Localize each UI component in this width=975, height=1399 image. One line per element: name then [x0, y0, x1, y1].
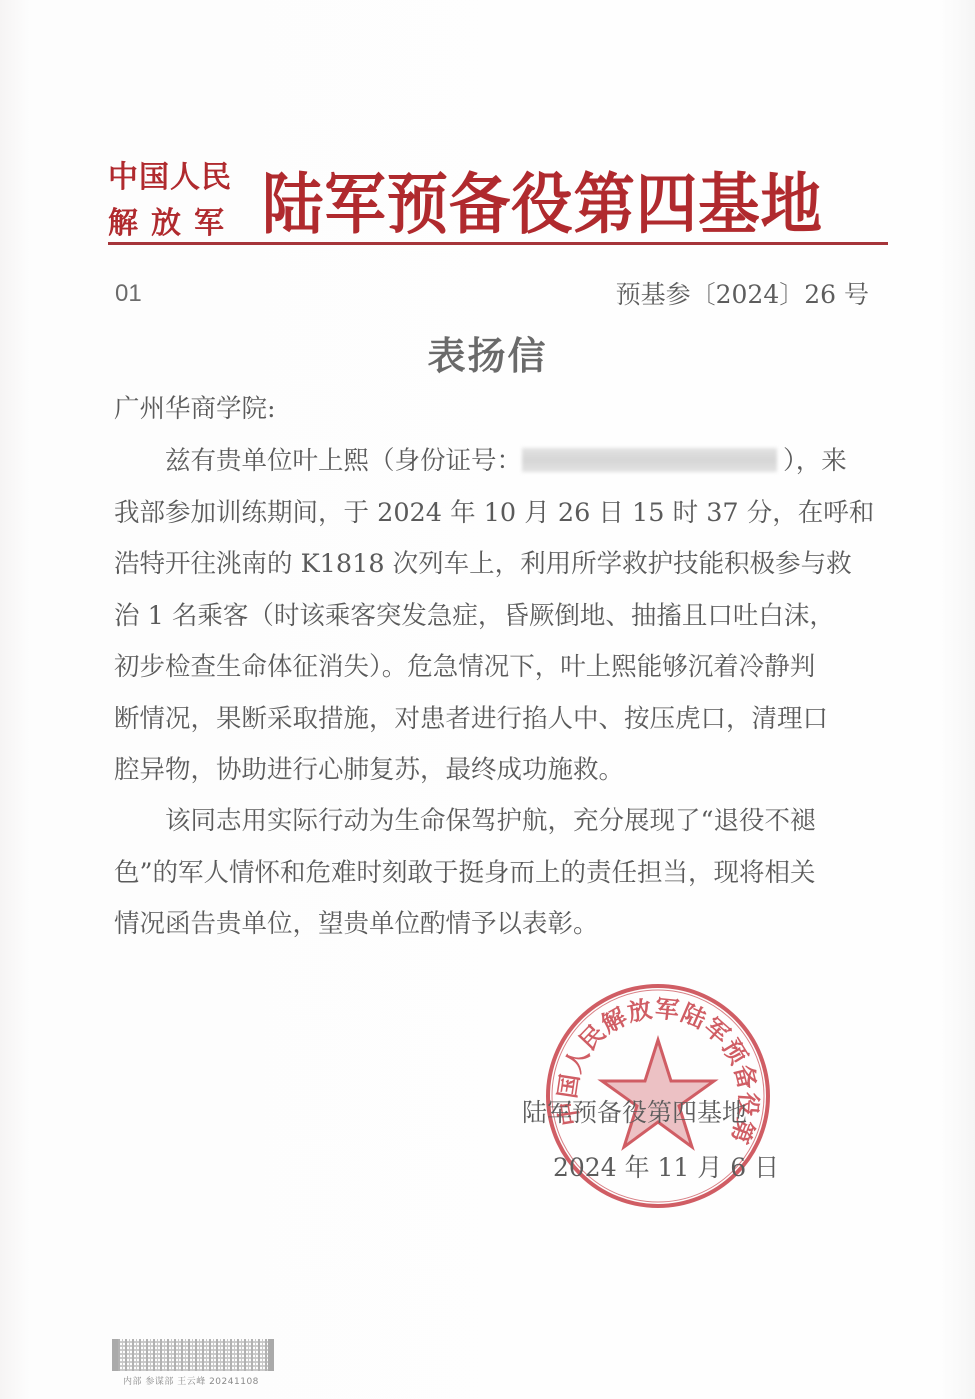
paragraph-line: 浩特开往洮南的 K1818 次列车上，利用所学救护技能积极参与救	[114, 539, 874, 591]
document-title: 表扬信	[0, 325, 975, 380]
paragraph-line: 兹有贵单位叶上熙（身份证号：），来	[114, 436, 874, 488]
line-text: 兹有贵单位叶上熙（身份证号：	[114, 446, 522, 476]
paragraph-2: 该同志用实际行动为生命保驾护航，充分展现了“退役不褪 色”的军人情怀和危难时刻敢…	[114, 796, 874, 951]
paragraph-line: 断情况，果断采取措施，对患者进行掐人中、按压虎口，清理口	[114, 694, 874, 746]
signature-org: 陆军预备役第四基地	[522, 1093, 747, 1129]
line-text: ），来	[783, 446, 847, 476]
paragraph-line: 初步检查生命体征消失）。危急情况下，叶上熙能够沉着冷静判	[114, 642, 874, 694]
paragraph-line: 我部参加训练期间，于 2024 年 10 月 26 日 15 时 37 分，在呼…	[114, 488, 874, 540]
letterhead-org-line2: 解放军	[108, 208, 237, 240]
letterhead-org-line1: 中国人民	[108, 162, 232, 194]
signature-date: 2024 年 11 月 6 日	[553, 1148, 779, 1184]
paragraph-line: 色”的军人情怀和危难时刻敢于挺身而上的责任担当，现将相关	[114, 848, 874, 900]
document-serial: 01	[115, 280, 142, 308]
redacted-id-number	[522, 448, 777, 472]
paragraph-line: 该同志用实际行动为生命保驾护航，充分展现了“退役不褪	[114, 796, 874, 848]
paragraph-1: 兹有贵单位叶上熙（身份证号：），来 我部参加训练期间，于 2024 年 10 月…	[114, 436, 874, 797]
document-number: 预基参〔2024〕26 号	[616, 275, 869, 311]
recipient: 广州华商学院:	[114, 384, 874, 436]
paragraph-line: 腔异物，协助进行心肺复苏，最终成功施救。	[114, 745, 874, 797]
recipient-text: 广州华商学院:	[114, 384, 874, 436]
barcode-caption: 内部 参谋部 王云峰 20241108	[123, 1374, 259, 1387]
paragraph-line: 情况函告贵单位，望贵单位酌情予以表彰。	[114, 899, 874, 951]
barcode-icon	[112, 1339, 274, 1371]
paragraph-line: 治 1 名乘客（时该乘客突发急症，昏厥倒地、抽搐且口吐白沫，	[114, 591, 874, 643]
letterhead-divider	[108, 242, 888, 245]
letterhead-org-name: 陆军预备役第四基地	[262, 168, 823, 240]
